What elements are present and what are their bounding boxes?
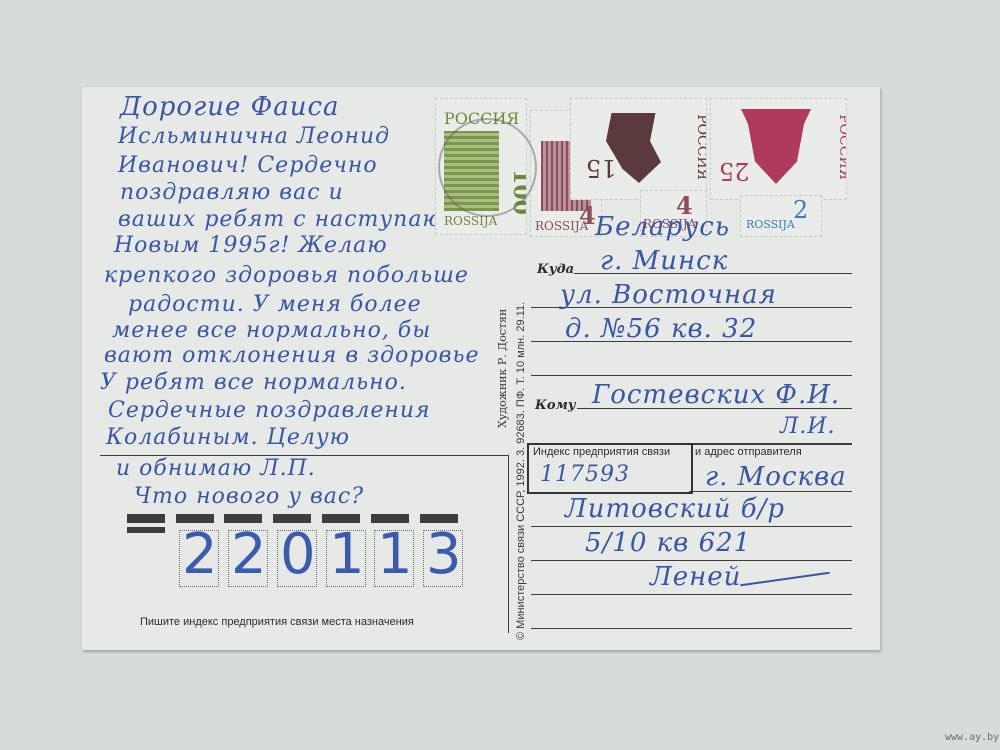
zip-digit: 1 xyxy=(377,522,413,587)
message-line: У ребят все нормально. xyxy=(100,370,407,395)
sender-line: Литовский б/р xyxy=(565,494,785,524)
message-line: и обнимаю Л.П. xyxy=(116,456,316,481)
address-line xyxy=(531,594,852,595)
destination-country: Беларусь xyxy=(595,212,730,242)
divider xyxy=(100,455,508,456)
to-label: Куда xyxy=(537,262,574,277)
recipient-label: Кому xyxy=(535,398,576,413)
sender-index-label: Индекс предприятия связи xyxy=(533,446,670,458)
stamp: 2 ROSSIJA xyxy=(740,195,822,237)
message-line: Дорогие Фаиса xyxy=(120,92,340,122)
recipient-name: Гостевских Ф.И. xyxy=(592,380,840,410)
message-line: Что нового у вас? xyxy=(134,484,364,509)
address-line xyxy=(531,560,852,561)
address-line xyxy=(531,628,852,629)
recipient-name: Л.И. xyxy=(780,414,836,439)
message-line: менее все нормально, бы xyxy=(112,318,431,343)
divider xyxy=(508,455,509,633)
zip-digit: 2 xyxy=(182,522,218,587)
sender-index: 117593 xyxy=(540,462,630,487)
message-line: крепкого здоровья побольше xyxy=(104,263,469,288)
stamp-image xyxy=(741,109,811,184)
zip-digit: 1 xyxy=(329,522,365,587)
stamp: 15 РОССИЯ xyxy=(570,98,707,200)
message-line: Сердечные поздравления xyxy=(108,398,431,423)
message-line: Новым 1995г! Желаю xyxy=(114,233,388,258)
sender-line: 5/10 кв 621 xyxy=(585,528,751,558)
message-line: вают отклонения в здоровье xyxy=(104,343,480,368)
address-line xyxy=(531,526,852,527)
address-line xyxy=(689,491,852,492)
artist-credit: Художник Р. Достян xyxy=(496,309,509,428)
message-line: Колабиным. Целую xyxy=(106,425,350,450)
zip-bar xyxy=(127,527,165,533)
address-line-text: ул. Восточная xyxy=(560,280,777,310)
zip-digit: 0 xyxy=(280,522,316,587)
sender-address-label: и адрес отправителя xyxy=(695,446,802,458)
message-line: Иванович! Сердечно xyxy=(118,153,378,178)
zip-digit: 2 xyxy=(231,522,267,587)
sender-line: г. Москва xyxy=(705,462,847,492)
publisher-info: © Министерство связи СССР, 1992. 3. 9268… xyxy=(515,100,527,640)
zip-bar xyxy=(127,514,165,523)
address-line xyxy=(531,375,852,376)
watermark: www.ay.by xyxy=(945,732,999,743)
message-line: поздравляю вас и xyxy=(120,180,344,205)
stamp: 25 РОССИЯ xyxy=(710,98,847,200)
sender-line: Леней xyxy=(650,562,741,592)
address-line-text: д. №56 кв. 32 xyxy=(565,314,757,344)
message-line: радости. У меня более xyxy=(128,292,422,317)
zip-digit: 3 xyxy=(426,522,462,587)
zip-caption: Пишите индекс предприятия связи места на… xyxy=(140,616,414,628)
message-line: Исльминична Леонид xyxy=(118,124,390,149)
address-line-text: г. Минск xyxy=(600,246,728,276)
